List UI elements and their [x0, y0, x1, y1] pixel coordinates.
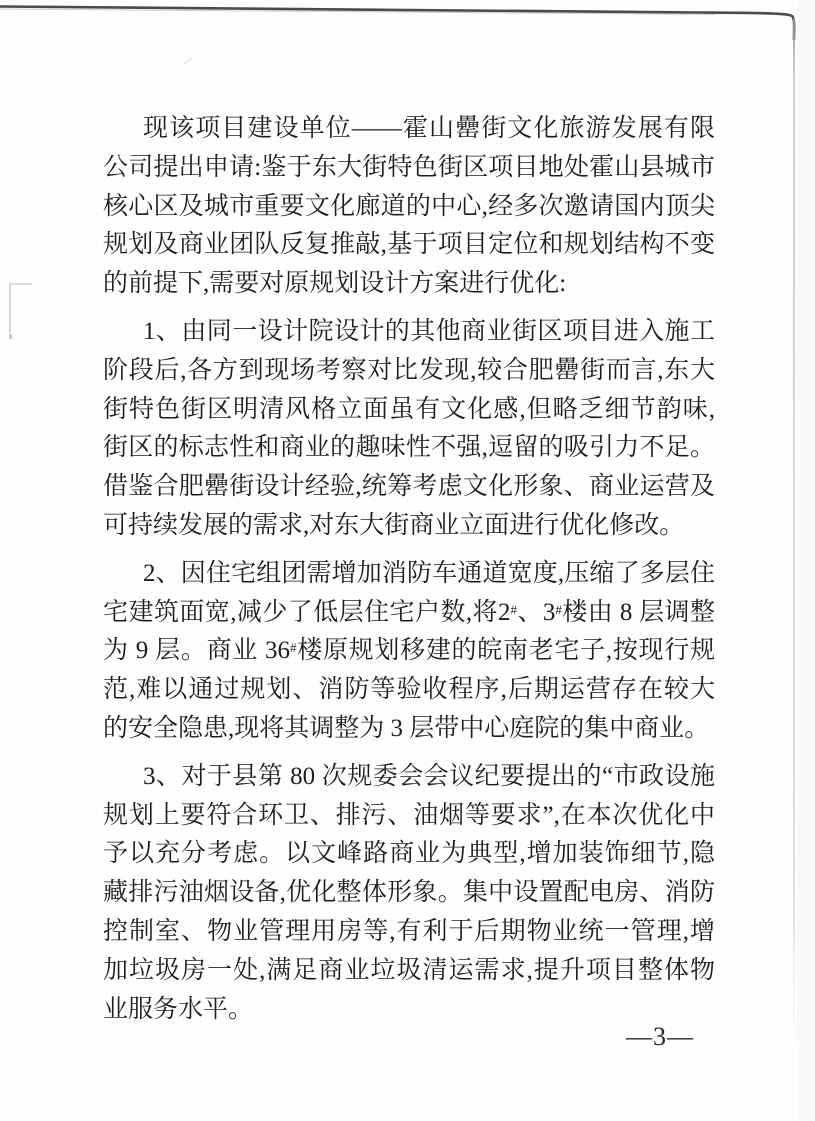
- paragraph-intro: 现该项目建设单位——霍山罍街文化旅游发展有限公司提出申请:鉴于东大街特色街区项目…: [103, 110, 715, 304]
- paragraph-item-3: 3、对于县第 80 次规委会会议纪要提出的“市政设施规划上要符合环卫、排污、油烟…: [103, 758, 715, 1030]
- paragraph-item-1: 1、由同一设计院设计的其他商业街区项目进入施工阶段后,各方到现场考察对比发现,较…: [103, 313, 715, 546]
- left-margin-artifact-dot: [9, 334, 12, 339]
- scan-fold-line: [793, 18, 795, 1048]
- text-run: 、3: [517, 599, 555, 626]
- scan-top-edge-line: [0, 0, 815, 46]
- document-text: 现该项目建设单位——霍山罍街文化旅游发展有限公司提出申请:鉴于东大街特色街区项目…: [103, 110, 715, 1029]
- text-run: 1、由同一设计院设计的其他商业街区项目进入施工阶段后,各方到现场考察对比发现,较…: [103, 318, 715, 539]
- text-run: 3、对于县第 80 次规委会会议纪要提出的“市政设施规划上要符合环卫、排污、油烟…: [103, 763, 715, 1023]
- scanned-document-page: 现该项目建设单位——霍山罍街文化旅游发展有限公司提出申请:鉴于东大街特色街区项目…: [0, 0, 815, 1121]
- paragraph-item-2: 2、因住宅组团需增加消防车通道宽度,压缩了多层住宅建筑面宽,减少了低层住宅户数,…: [103, 555, 715, 749]
- page-number: —3—: [626, 1022, 694, 1052]
- paper-smudge: [183, 57, 192, 64]
- text-run: 现该项目建设单位——霍山罍街文化旅游发展有限公司提出申请:鉴于东大街特色街区项目…: [103, 115, 715, 297]
- left-margin-artifact: [9, 283, 32, 333]
